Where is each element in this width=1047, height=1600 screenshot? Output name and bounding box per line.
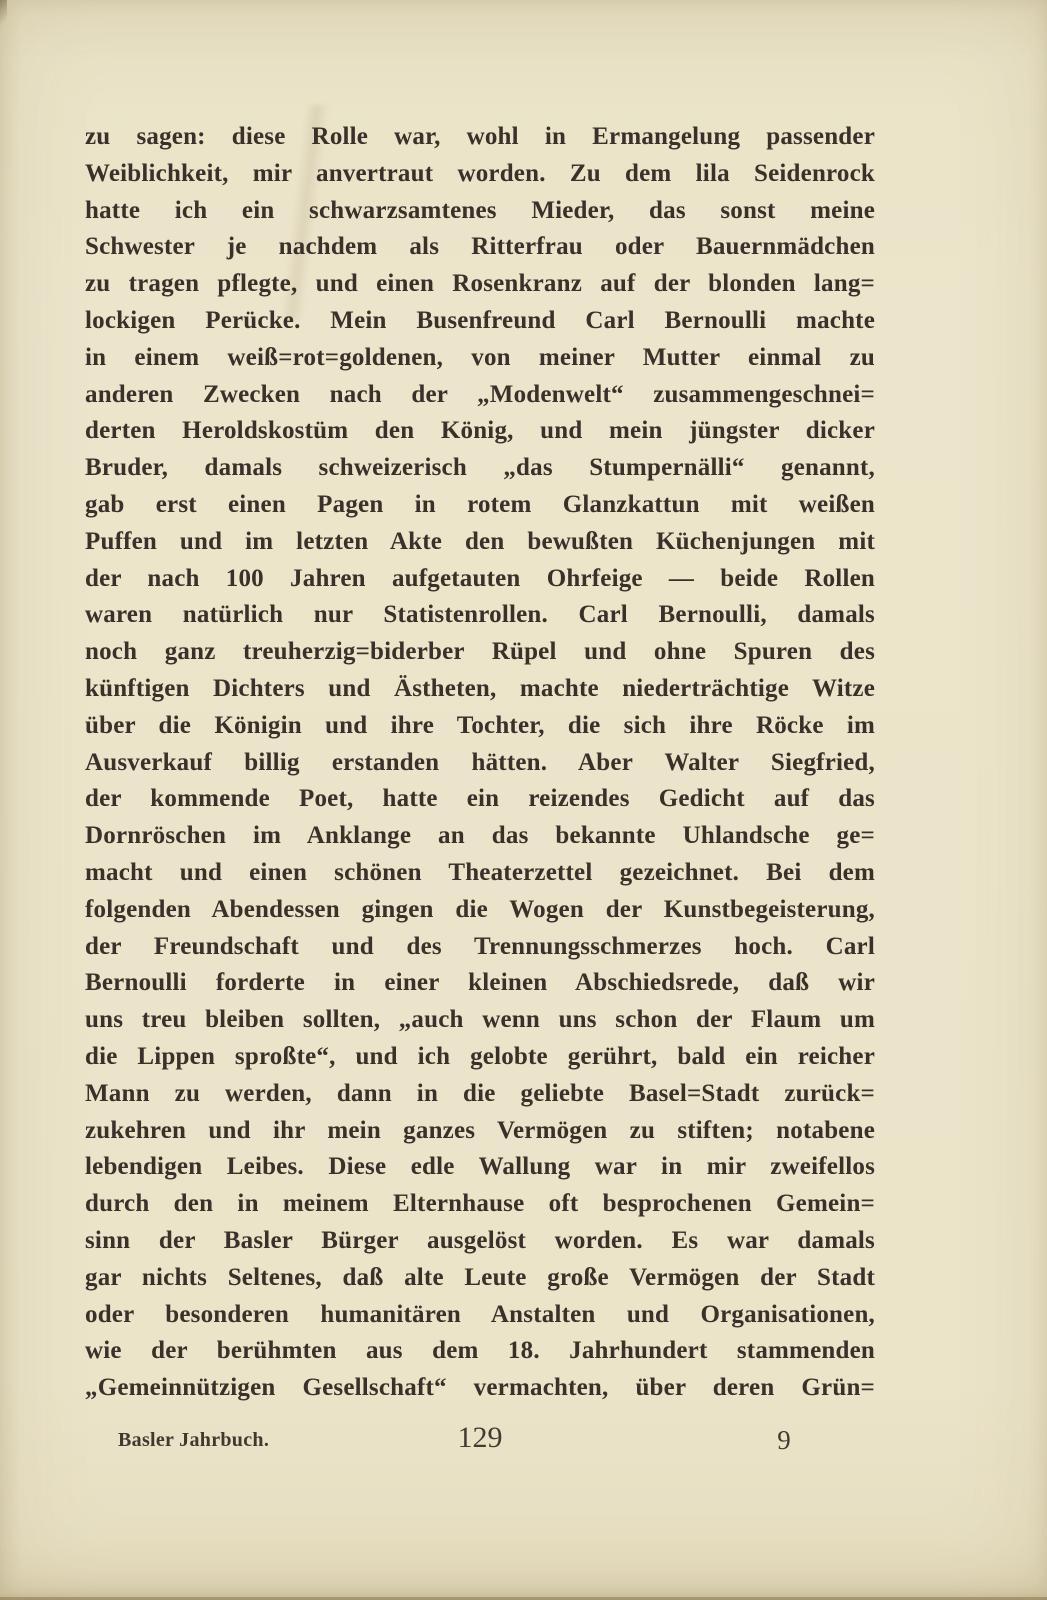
text-line: wie der berühmten aus dem 18. Jahrhunder… — [85, 1333, 875, 1370]
text-line: der kommende Poet, hatte ein reizendes G… — [85, 781, 875, 818]
text-line: Puffen und im letzten Akte den bewußten … — [85, 524, 875, 561]
sheet-signature: 9 — [766, 1425, 802, 1456]
text-line: noch ganz treuherzig=biderber Rüpel und … — [85, 634, 875, 671]
text-line: uns treu bleiben sollten, „auch wenn uns… — [85, 1002, 875, 1039]
text-line: hatte ich ein schwarzsamtenes Mieder, da… — [85, 193, 875, 230]
text-line: über die Königin und ihre Tochter, die s… — [85, 708, 875, 745]
text-line: sinn der Basler Bürger ausgelöst worden.… — [85, 1223, 875, 1260]
text-line: macht und einen schönen Theaterzettel ge… — [85, 855, 875, 892]
text-line: der Freundschaft und des Trennungsschmer… — [85, 929, 875, 966]
scan-edge-mark — [0, 0, 7, 26]
text-line: Mann zu werden, dann in die geliebte Bas… — [85, 1076, 875, 1113]
text-line: zu tragen pflegte, und einen Rosenkranz … — [85, 266, 875, 303]
text-line: gar nichts Seltenes, daß alte Leute groß… — [85, 1260, 875, 1297]
text-line: oder besonderen humanitären Anstalten un… — [85, 1297, 875, 1334]
text-line: Schwester je nachdem als Ritterfrau oder… — [85, 229, 875, 266]
text-line: die Lippen sproßte“, und ich gelobte ger… — [85, 1039, 875, 1076]
page-number: 129 — [85, 1421, 875, 1455]
text-line: gab erst einen Pagen in rotem Glanzkattu… — [85, 487, 875, 524]
text-line: folgenden Abendessen gingen die Wogen de… — [85, 892, 875, 929]
text-line: anderen Zwecken nach der „Modenwelt“ zus… — [85, 377, 875, 414]
body-text: zu sagen: diese Rolle war, wohl in Erman… — [85, 119, 875, 1407]
text-line: lockigen Perücke. Mein Busenfreund Carl … — [85, 303, 875, 340]
text-line: waren natürlich nur Statistenrollen. Car… — [85, 597, 875, 634]
text-line: Bernoulli forderte in einer kleinen Absc… — [85, 965, 875, 1002]
text-line: Dornröschen im Anklange an das bekannte … — [85, 818, 875, 855]
text-line: zukehren und ihr mein ganzes Vermögen zu… — [85, 1113, 875, 1150]
text-line: Ausverkauf billig erstanden hätten. Aber… — [85, 745, 875, 782]
text-line: in einem weiß=rot=goldenen, von meiner M… — [85, 340, 875, 377]
text-line: durch den in meinem Elternhause oft besp… — [85, 1186, 875, 1223]
scanned-book-page: zu sagen: diese Rolle war, wohl in Erman… — [0, 0, 1047, 1600]
text-line: der nach 100 Jahren aufgetauten Ohrfeige… — [85, 561, 875, 598]
text-line: Bruder, damals schweizerisch „das Stumpe… — [85, 450, 875, 487]
text-line: lebendigen Leibes. Diese edle Wallung wa… — [85, 1149, 875, 1186]
text-line: „Gemeinnützigen Gesellschaft“ vermachten… — [85, 1370, 875, 1407]
text-line: Weiblichkeit, mir anvertraut worden. Zu … — [85, 156, 875, 193]
text-line: derten Heroldskostüm den König, und mein… — [85, 413, 875, 450]
text-line: zu sagen: diese Rolle war, wohl in Erman… — [85, 119, 875, 156]
text-line: künftigen Dichters und Ästheten, machte … — [85, 671, 875, 708]
